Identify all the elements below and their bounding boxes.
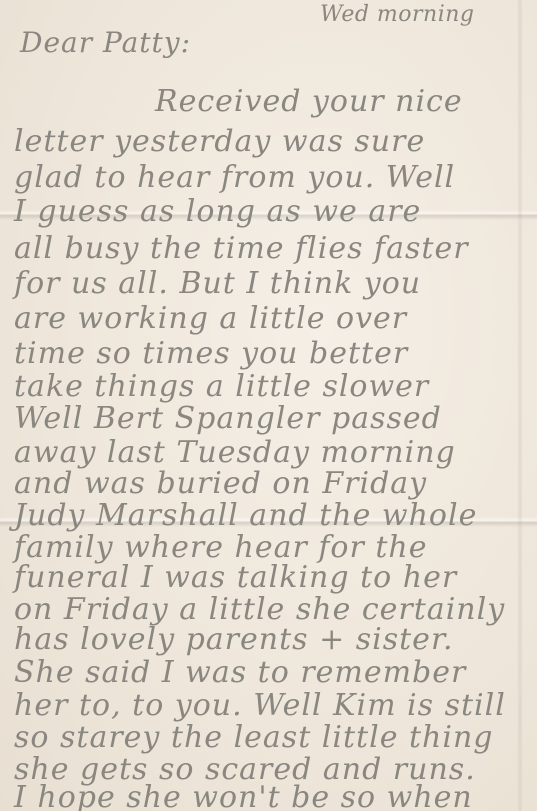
letter-line: so starey the least little thing xyxy=(14,720,534,755)
dateline: Wed morning xyxy=(320,2,475,27)
letter-line: glad to hear from you. Well xyxy=(14,160,534,195)
letter-line: and was buried on Friday xyxy=(14,466,534,501)
letter-line: Well Bert Spangler passed xyxy=(14,401,534,436)
letter-line: letter yesterday was sure xyxy=(14,124,534,159)
letter-line: Judy Marshall and the whole xyxy=(14,498,534,533)
salutation: Dear Patty: xyxy=(20,26,191,59)
letter-line: all busy the time flies faster xyxy=(14,231,534,266)
letter-line: are working a little over xyxy=(14,301,534,336)
letter-line: I hope she won't be so when xyxy=(14,780,534,811)
letter-line: take things a little slower xyxy=(14,369,534,404)
letter-line: away last Tuesday morning xyxy=(14,435,534,470)
letter-line: funeral I was talking to her xyxy=(14,560,534,595)
letter-page: Wed morning Dear Patty: Received your ni… xyxy=(0,0,537,811)
letter-line: time so times you better xyxy=(14,336,534,371)
letter-line: has lovely parents + sister. xyxy=(14,622,534,657)
letter-line: She said I was to remember xyxy=(14,655,534,690)
letter-line: her to, to you. Well Kim is still xyxy=(14,688,534,723)
letter-line: Received your nice xyxy=(155,84,537,119)
letter-line: I guess as long as we are xyxy=(14,194,534,229)
letter-line: for us all. But I think you xyxy=(14,266,534,301)
